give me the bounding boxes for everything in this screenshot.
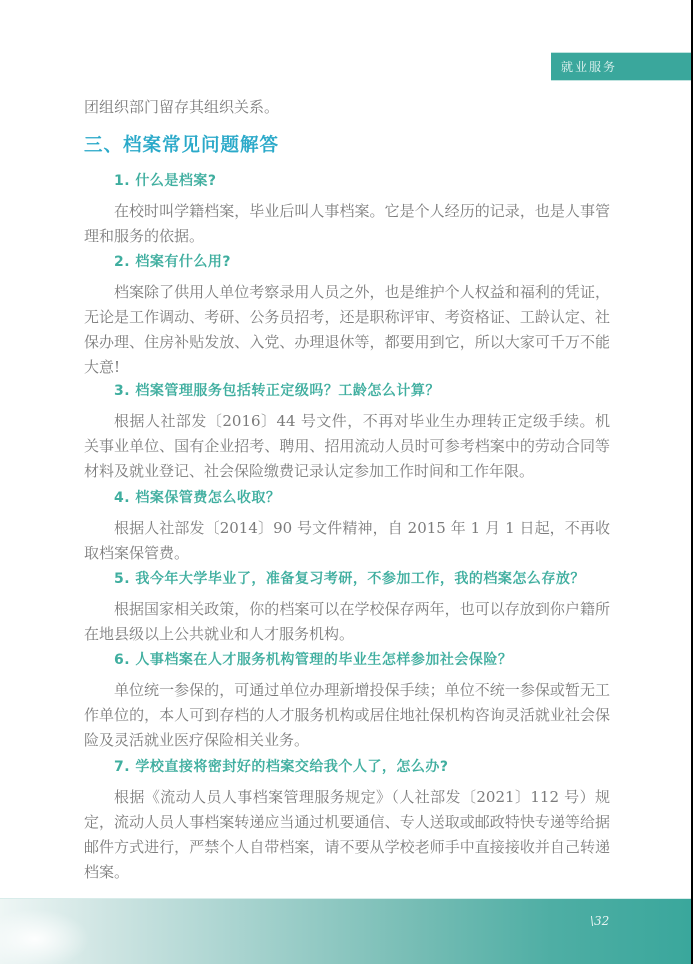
faq-answer-3: 根据人社部发〔2016〕44 号文件，不再对毕业生办理转正定级手续。机关事业单位… bbox=[84, 409, 610, 484]
page-number: \32 bbox=[590, 914, 609, 928]
footer-glow-decoration bbox=[0, 909, 90, 964]
section-header-tab: 就业服务 bbox=[551, 53, 691, 80]
footer-band bbox=[0, 898, 691, 964]
faq-question-2: 2. 档案有什么用? bbox=[114, 251, 231, 271]
faq-question-7: 7. 学校直接将密封好的档案交给我个人了，怎么办? bbox=[114, 756, 449, 776]
faq-question-5: 5. 我今年大学毕业了，准备复习考研，不参加工作，我的档案怎么存放？ bbox=[114, 568, 585, 588]
faq-answer-7: 根据《流动人员人事档案管理服务规定》（人社部发〔2021〕112 号）规定，流动… bbox=[84, 785, 610, 885]
intro-tail-paragraph: 团组织部门留存其组织关系。 bbox=[84, 95, 610, 120]
faq-question-4: 4. 档案保管费怎么收取？ bbox=[114, 487, 280, 507]
faq-answer-5: 根据国家相关政策，你的档案可以在学校保存两年，也可以存放到你户籍所在地县级以上公… bbox=[84, 597, 610, 647]
faq-answer-4: 根据人社部发〔2014〕90 号文件精神，自 2015 年 1 月 1 日起，不… bbox=[84, 516, 610, 566]
faq-question-6: 6. 人事档案在人才服务机构管理的毕业生怎样参加社会保险？ bbox=[114, 649, 512, 669]
faq-answer-1: 在校时叫学籍档案，毕业后叫人事档案。它是个人经历的记录，也是人事管理和服务的依据… bbox=[84, 199, 610, 249]
faq-question-3: 3. 档案管理服务包括转正定级吗？工龄怎么计算？ bbox=[114, 380, 440, 400]
faq-answer-2: 档案除了供用人单位考察录用人员之外，也是维护个人权益和福利的凭证，无论是工作调动… bbox=[84, 280, 610, 380]
faq-question-1: 1. 什么是档案? bbox=[114, 170, 217, 190]
section-header-label: 就业服务 bbox=[561, 58, 617, 75]
section-title: 三、档案常见问题解答 bbox=[84, 131, 279, 157]
faq-answer-6: 单位统一参保的，可通过单位办理新增投保手续；单位不统一参保或暂无工作单位的，本人… bbox=[84, 678, 610, 753]
